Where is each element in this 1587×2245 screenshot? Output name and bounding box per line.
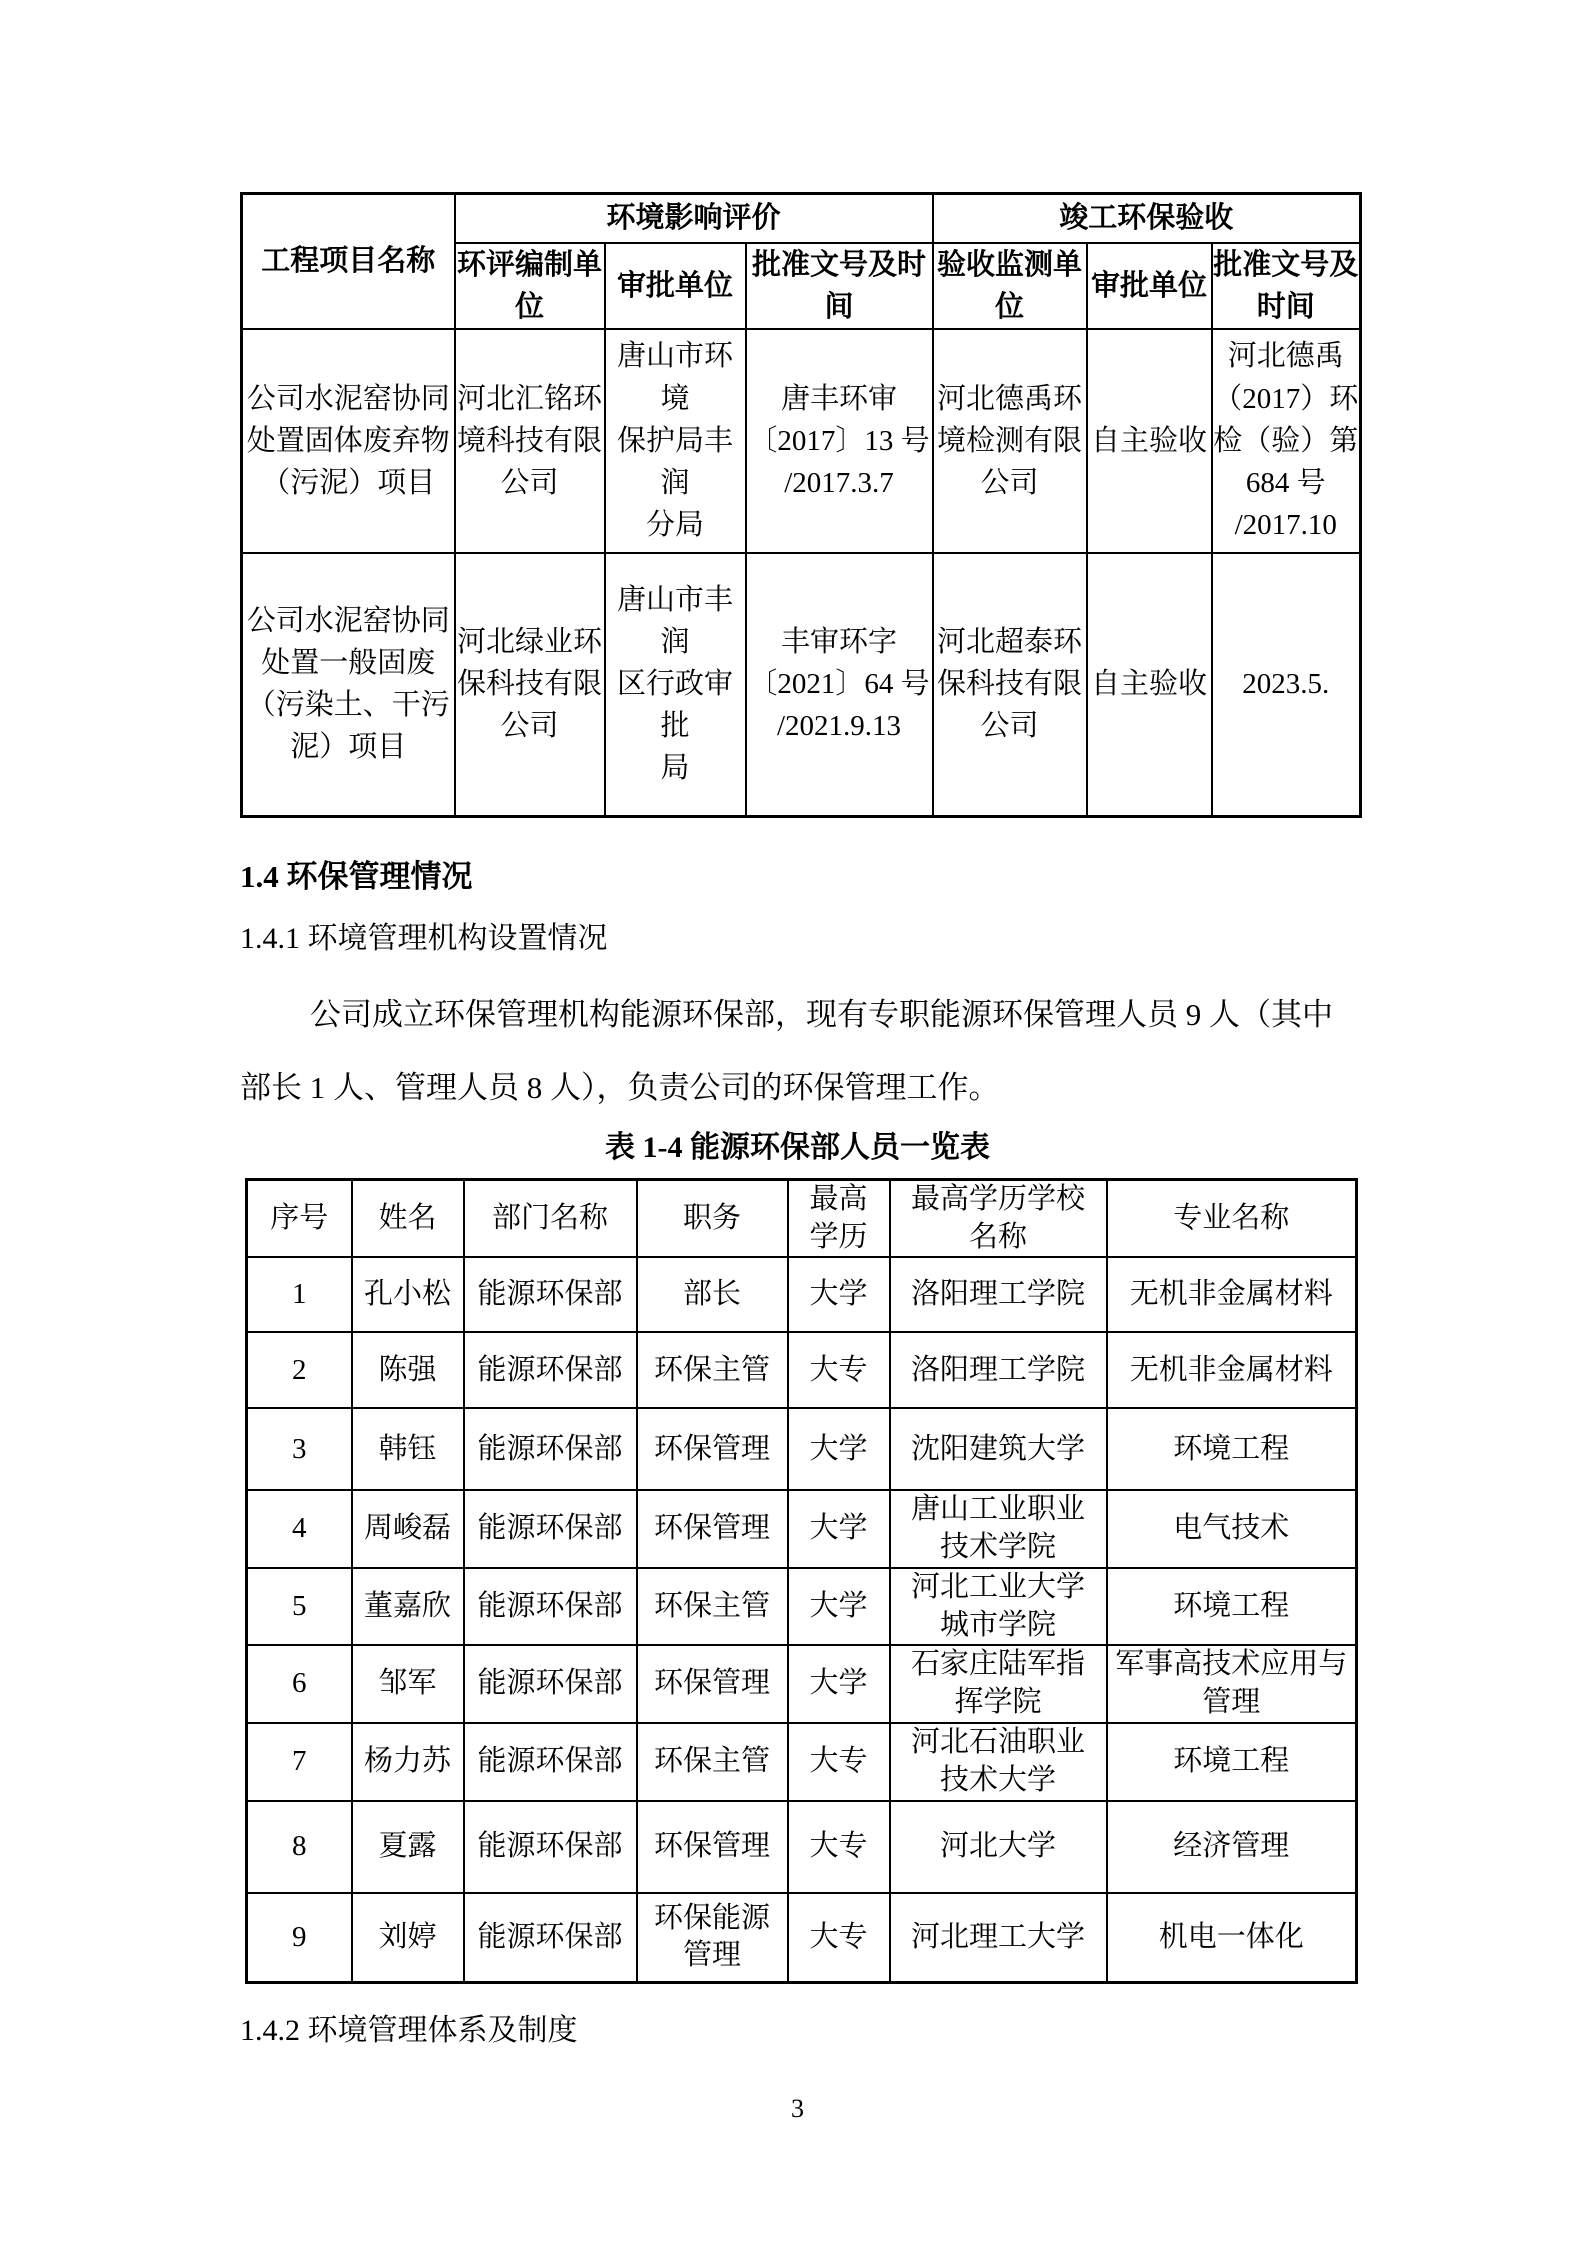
cell-acc-doc-time: 2023.5. bbox=[1212, 553, 1361, 817]
cell-no: 3 bbox=[247, 1408, 352, 1490]
cell-name: 孔小松 bbox=[352, 1257, 464, 1332]
cell-job: 环保管理 bbox=[637, 1801, 788, 1893]
header-eia-group: 环境影响评价 bbox=[455, 194, 933, 243]
cell-name: 董嘉欣 bbox=[352, 1568, 464, 1645]
cell-degree: 大专 bbox=[788, 1801, 890, 1893]
header-degree: 最高 学历 bbox=[788, 1180, 890, 1258]
cell-acc-approval-unit: 自主验收 bbox=[1087, 553, 1212, 817]
cell-degree: 大专 bbox=[788, 1723, 890, 1801]
table-row: 公司水泥窑协同 处置固体废弃物 （污泥）项目 河北汇铭环 境科技有限 公司 唐山… bbox=[242, 329, 1361, 553]
cell-no: 7 bbox=[247, 1723, 352, 1801]
header-acceptance-group: 竣工环保验收 bbox=[933, 194, 1361, 243]
table-row: 5 董嘉欣 能源环保部 环保主管 大学 河北工业大学 城市学院 环境工程 bbox=[247, 1568, 1357, 1645]
header-acc-monitor-unit: 验收监测单 位 bbox=[933, 243, 1087, 329]
cell-no: 6 bbox=[247, 1645, 352, 1722]
table-row: 8 夏露 能源环保部 环保管理 大专 河北大学 经济管理 bbox=[247, 1801, 1357, 1893]
cell-school: 洛阳理工学院 bbox=[890, 1332, 1107, 1408]
content-area: 工程项目名称 环境影响评价 竣工环保验收 环评编制单 位 审批单位 批准文号及时… bbox=[240, 0, 1359, 2124]
cell-school: 河北工业大学 城市学院 bbox=[890, 1568, 1107, 1645]
cell-name: 陈强 bbox=[352, 1332, 464, 1408]
cell-major: 无机非金属材料 bbox=[1107, 1332, 1357, 1408]
cell-school: 河北石油职业 技术大学 bbox=[890, 1723, 1107, 1801]
cell-eia-prep-unit: 河北汇铭环 境科技有限 公司 bbox=[455, 329, 605, 553]
header-eia-doc-time: 批准文号及时 间 bbox=[746, 243, 933, 329]
project-table: 工程项目名称 环境影响评价 竣工环保验收 环评编制单 位 审批单位 批准文号及时… bbox=[240, 192, 1362, 818]
cell-no: 5 bbox=[247, 1568, 352, 1645]
cell-project-name: 公司水泥窑协同 处置固体废弃物 （污泥）项目 bbox=[242, 329, 455, 553]
cell-acc-doc-time: 河北德禹 （2017）环 检（验）第 684 号 /2017.10 bbox=[1212, 329, 1361, 553]
header-major: 专业名称 bbox=[1107, 1180, 1357, 1258]
cell-no: 4 bbox=[247, 1490, 352, 1567]
cell-major: 环境工程 bbox=[1107, 1568, 1357, 1645]
cell-name: 韩钰 bbox=[352, 1408, 464, 1490]
cell-acc-approval-unit: 自主验收 bbox=[1087, 329, 1212, 553]
table-row: 4 周峻磊 能源环保部 环保管理 大学 唐山工业职业 技术学院 电气技术 bbox=[247, 1490, 1357, 1567]
header-eia-approval-unit: 审批单位 bbox=[605, 243, 746, 329]
cell-degree: 大专 bbox=[788, 1893, 890, 1983]
cell-school: 河北大学 bbox=[890, 1801, 1107, 1893]
cell-dept: 能源环保部 bbox=[464, 1490, 637, 1567]
cell-no: 8 bbox=[247, 1801, 352, 1893]
cell-name: 夏露 bbox=[352, 1801, 464, 1893]
table-row: 1 孔小松 能源环保部 部长 大学 洛阳理工学院 无机非金属材料 bbox=[247, 1257, 1357, 1332]
cell-job: 环保管理 bbox=[637, 1490, 788, 1567]
table-row: 2 陈强 能源环保部 环保主管 大专 洛阳理工学院 无机非金属材料 bbox=[247, 1332, 1357, 1408]
cell-degree: 大学 bbox=[788, 1257, 890, 1332]
header-name: 姓名 bbox=[352, 1180, 464, 1258]
cell-dept: 能源环保部 bbox=[464, 1408, 637, 1490]
cell-eia-doc-time: 唐丰环审 〔2017〕13 号 /2017.3.7 bbox=[746, 329, 933, 553]
cell-no: 2 bbox=[247, 1332, 352, 1408]
cell-acc-monitor-unit: 河北德禹环 境检测有限 公司 bbox=[933, 329, 1087, 553]
cell-degree: 大学 bbox=[788, 1568, 890, 1645]
personnel-table: 序号 姓名 部门名称 职务 最高 学历 最高学历学校 名称 专业名称 1 孔小松… bbox=[245, 1178, 1358, 1984]
cell-job: 部长 bbox=[637, 1257, 788, 1332]
cell-job: 环保主管 bbox=[637, 1332, 788, 1408]
table-row: 序号 姓名 部门名称 职务 最高 学历 最高学历学校 名称 专业名称 bbox=[247, 1180, 1357, 1258]
cell-eia-approval-unit: 唐山市环境 保护局丰润 分局 bbox=[605, 329, 746, 553]
table-row: 9 刘婷 能源环保部 环保能源 管理 大专 河北理工大学 机电一体化 bbox=[247, 1893, 1357, 1983]
cell-dept: 能源环保部 bbox=[464, 1645, 637, 1722]
header-school: 最高学历学校 名称 bbox=[890, 1180, 1107, 1258]
cell-eia-prep-unit: 河北绿业环 保科技有限 公司 bbox=[455, 553, 605, 817]
cell-school: 洛阳理工学院 bbox=[890, 1257, 1107, 1332]
cell-eia-doc-time: 丰审环字 〔2021〕64 号 /2021.9.13 bbox=[746, 553, 933, 817]
cell-dept: 能源环保部 bbox=[464, 1723, 637, 1801]
section-heading-1-4-1: 1.4.1 环境管理机构设置情况 bbox=[240, 918, 1359, 960]
cell-dept: 能源环保部 bbox=[464, 1257, 637, 1332]
cell-major: 军事高技术应用与 管理 bbox=[1107, 1645, 1357, 1722]
header-acc-approval-unit: 审批单位 bbox=[1087, 243, 1212, 329]
table-row: 公司水泥窑协同 处置一般固废 （污染土、干污 泥）项目 河北绿业环 保科技有限 … bbox=[242, 553, 1361, 817]
table-row: 工程项目名称 环境影响评价 竣工环保验收 bbox=[242, 194, 1361, 243]
cell-degree: 大学 bbox=[788, 1490, 890, 1567]
cell-no: 9 bbox=[247, 1893, 352, 1983]
cell-job: 环保主管 bbox=[637, 1723, 788, 1801]
cell-job: 环保主管 bbox=[637, 1568, 788, 1645]
cell-name: 杨力苏 bbox=[352, 1723, 464, 1801]
cell-major: 机电一体化 bbox=[1107, 1893, 1357, 1983]
cell-degree: 大专 bbox=[788, 1332, 890, 1408]
header-job: 职务 bbox=[637, 1180, 788, 1258]
section-heading-1-4: 1.4 环保管理情况 bbox=[240, 856, 1359, 898]
cell-project-name: 公司水泥窑协同 处置一般固废 （污染土、干污 泥）项目 bbox=[242, 553, 455, 817]
table-row: 7 杨力苏 能源环保部 环保主管 大专 河北石油职业 技术大学 环境工程 bbox=[247, 1723, 1357, 1801]
cell-eia-approval-unit: 唐山市丰润 区行政审批 局 bbox=[605, 553, 746, 817]
cell-major: 环境工程 bbox=[1107, 1723, 1357, 1801]
cell-job: 环保管理 bbox=[637, 1408, 788, 1490]
table-row: 6 邹军 能源环保部 环保管理 大学 石家庄陆军指 挥学院 军事高技术应用与 管… bbox=[247, 1645, 1357, 1722]
document-page: 工程项目名称 环境影响评价 竣工环保验收 环评编制单 位 审批单位 批准文号及时… bbox=[0, 0, 1587, 2245]
cell-dept: 能源环保部 bbox=[464, 1332, 637, 1408]
cell-job: 环保能源 管理 bbox=[637, 1893, 788, 1983]
header-no: 序号 bbox=[247, 1180, 352, 1258]
cell-no: 1 bbox=[247, 1257, 352, 1332]
table-row: 3 韩钰 能源环保部 环保管理 大学 沈阳建筑大学 环境工程 bbox=[247, 1408, 1357, 1490]
header-project-name: 工程项目名称 bbox=[242, 194, 455, 329]
cell-major: 经济管理 bbox=[1107, 1801, 1357, 1893]
cell-dept: 能源环保部 bbox=[464, 1893, 637, 1983]
cell-name: 周峻磊 bbox=[352, 1490, 464, 1567]
cell-acc-monitor-unit: 河北超泰环 保科技有限 公司 bbox=[933, 553, 1087, 817]
cell-major: 无机非金属材料 bbox=[1107, 1257, 1357, 1332]
cell-degree: 大学 bbox=[788, 1645, 890, 1722]
section-paragraph: 公司成立环保管理机构能源环保部，现有专职能源环保管理人员 9 人（其中 部长 1… bbox=[240, 978, 1359, 1124]
personnel-table-title: 表 1-4 能源环保部人员一览表 bbox=[240, 1127, 1355, 1169]
cell-name: 刘婷 bbox=[352, 1893, 464, 1983]
section-heading-1-4-2: 1.4.2 环境管理体系及制度 bbox=[240, 2010, 1359, 2052]
cell-school: 石家庄陆军指 挥学院 bbox=[890, 1645, 1107, 1722]
cell-name: 邹军 bbox=[352, 1645, 464, 1722]
cell-major: 环境工程 bbox=[1107, 1408, 1357, 1490]
cell-school: 沈阳建筑大学 bbox=[890, 1408, 1107, 1490]
header-dept: 部门名称 bbox=[464, 1180, 637, 1258]
cell-degree: 大学 bbox=[788, 1408, 890, 1490]
cell-school: 唐山工业职业 技术学院 bbox=[890, 1490, 1107, 1567]
cell-job: 环保管理 bbox=[637, 1645, 788, 1722]
cell-dept: 能源环保部 bbox=[464, 1568, 637, 1645]
cell-major: 电气技术 bbox=[1107, 1490, 1357, 1567]
header-acc-doc-time: 批准文号及 时间 bbox=[1212, 243, 1361, 329]
cell-dept: 能源环保部 bbox=[464, 1801, 637, 1893]
cell-school: 河北理工大学 bbox=[890, 1893, 1107, 1983]
page-number: 3 bbox=[240, 2094, 1355, 2124]
header-eia-prep-unit: 环评编制单 位 bbox=[455, 243, 605, 329]
